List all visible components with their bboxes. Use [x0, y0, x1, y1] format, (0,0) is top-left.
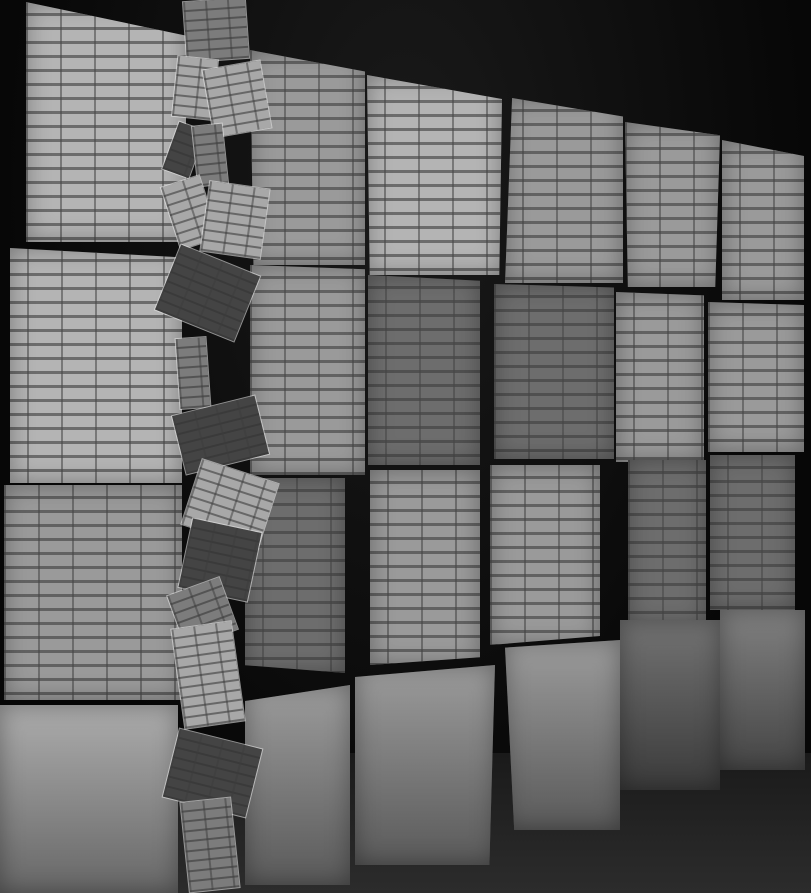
mirror-shard	[200, 181, 269, 259]
mirror-shard	[180, 798, 239, 893]
photograph	[0, 0, 811, 893]
mirror-panel-floor-reflection	[620, 620, 720, 790]
mirror-panel	[494, 284, 614, 459]
mirror-panel	[10, 248, 182, 483]
mirror-panel-floor-reflection	[245, 685, 350, 885]
mirror-panel-floor-reflection	[720, 610, 805, 770]
mirror-panel	[250, 50, 365, 265]
mirror-panel	[505, 98, 623, 283]
mirror-panel	[625, 122, 720, 287]
mirror-panel	[367, 75, 502, 275]
mirror-panel	[708, 302, 804, 452]
mirror-panel	[710, 455, 795, 610]
mirror-panel	[368, 275, 480, 465]
mirror-shard	[171, 621, 244, 728]
mirror-panel	[616, 292, 704, 462]
mirror-panel-floor-reflection	[0, 705, 178, 893]
mirror-panel	[628, 460, 706, 625]
mirror-panel	[370, 470, 480, 665]
mirror-panel	[722, 140, 804, 300]
mirror-panel-floor-reflection	[355, 665, 495, 865]
mirror-panel	[4, 485, 182, 700]
mirror-panel	[26, 2, 186, 242]
mirror-panel	[250, 265, 365, 475]
mirror-panel-floor-reflection	[505, 640, 620, 830]
mirror-panel	[490, 465, 600, 645]
mirror-shard	[183, 0, 249, 62]
mirror-shard	[176, 337, 211, 409]
